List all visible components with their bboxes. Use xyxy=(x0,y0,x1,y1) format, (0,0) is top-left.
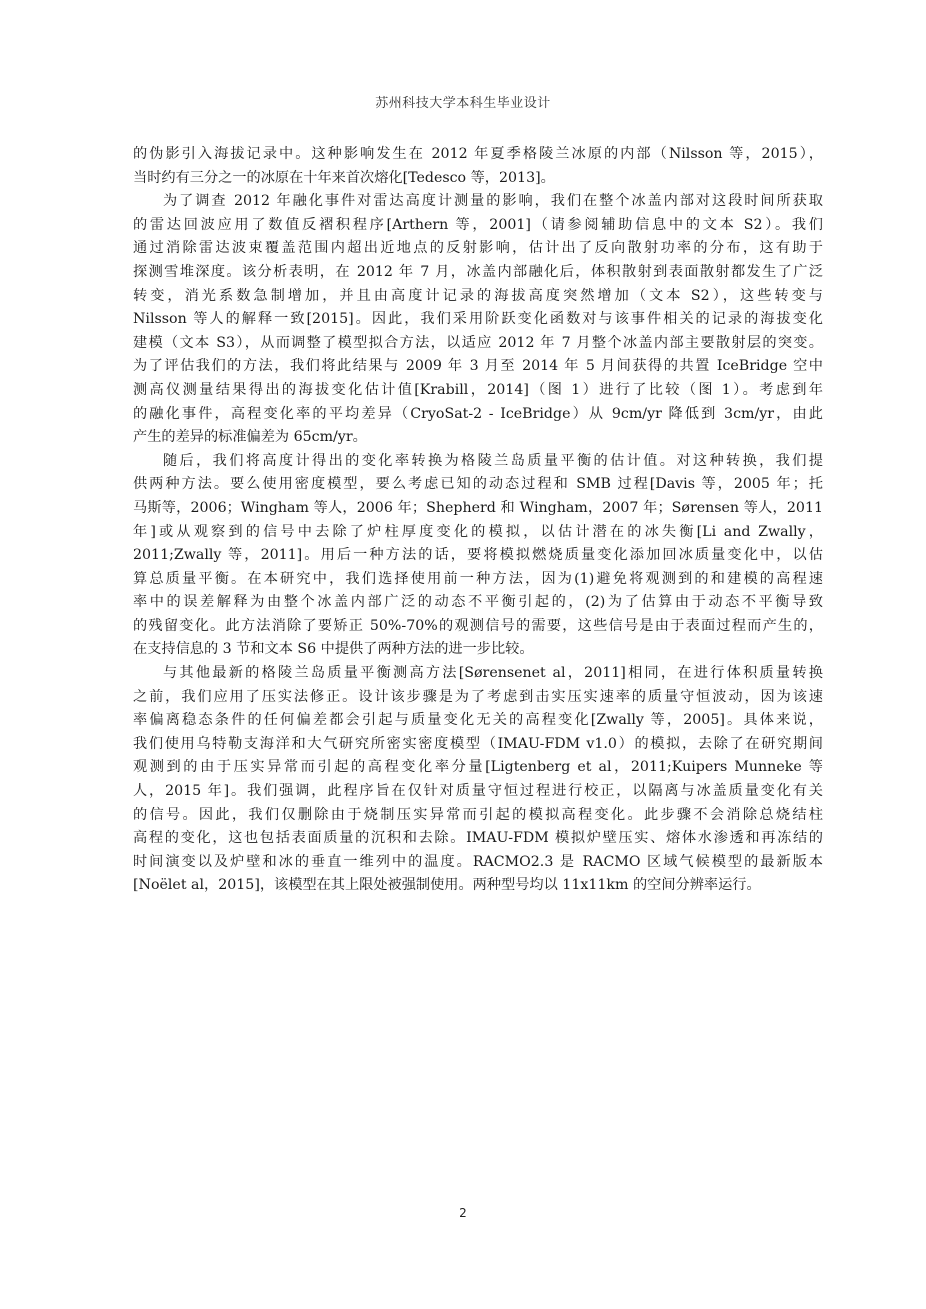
text-line: 的残留变化。此方法消除了要矫正 50%-70%的观测信号的需要，这些信号是由于表… xyxy=(133,615,823,639)
text-line: 建模（文本 S3），从而调整了模型拟合方法，以适应 2012 年 7 月整个冰盖… xyxy=(133,332,823,356)
paragraph: 为了调查 2012 年融化事件对雷达高度计测量的影响，我们在整个冰盖内部对这段时… xyxy=(133,190,823,450)
text-line: [Noëlet al，2015]，该模型在其上限处被强制使用。两种型号均以 11… xyxy=(133,874,823,898)
text-line: 测高仪测量结果得出的海拔变化估计值[Krabill，2014]（图 1）进行了比… xyxy=(133,379,823,403)
paragraph: 与其他最新的格陵兰岛质量平衡测高方法[Sørensenet al，2011]相同… xyxy=(133,662,823,898)
text-line: 为了评估我们的方法，我们将此结果与 2009 年 3 月至 2014 年 5 月… xyxy=(133,355,823,379)
text-line: 之前，我们应用了压实法修正。设计该步骤是为了考虑到击实压实速率的质量守恒波动，因… xyxy=(133,686,823,710)
text-line: 的伪影引入海拔记录中。这种影响发生在 2012 年夏季格陵兰冰原的内部（Nils… xyxy=(133,143,823,167)
document-body: 的伪影引入海拔记录中。这种影响发生在 2012 年夏季格陵兰冰原的内部（Nils… xyxy=(133,143,823,898)
text-line: 算总质量平衡。在本研究中，我们选择使用前一种方法，因为(1)避免将观测到的和建模… xyxy=(133,568,823,592)
text-line: 的雷达回波应用了数值反褶积程序[Arthern 等，2001]（请参阅辅助信息中… xyxy=(133,214,823,238)
text-line: 在支持信息的 3 节和文本 S6 中提供了两种方法的进一步比较。 xyxy=(133,638,823,662)
text-line: 时间演变以及炉壁和冰的垂直一维列中的温度。RACMO2.3 是 RACMO 区域… xyxy=(133,851,823,875)
text-line: 年]或从观察到的信号中去除了炉柱厚度变化的模拟，以估计潜在的冰失衡[Li and… xyxy=(133,521,823,545)
paragraph: 的伪影引入海拔记录中。这种影响发生在 2012 年夏季格陵兰冰原的内部（Nils… xyxy=(133,143,823,190)
paragraph: 随后，我们将高度计得出的变化率转换为格陵兰岛质量平衡的估计值。对这种转换，我们提… xyxy=(133,450,823,662)
text-line: 随后，我们将高度计得出的变化率转换为格陵兰岛质量平衡的估计值。对这种转换，我们提 xyxy=(133,450,823,474)
text-line: 高程的变化，这也包括表面质量的沉积和去除。IMAU-FDM 模拟炉壁压实、熔体水… xyxy=(133,827,823,851)
text-line: 转变，消光系数急制增加，并且由高度计记录的海拔高度突然增加（文本 S2），这些转… xyxy=(133,285,823,309)
text-line: 人，2015 年]。我们强调，此程序旨在仅针对质量守恒过程进行校正，以隔离与冰盖… xyxy=(133,780,823,804)
text-line: 率偏离稳态条件的任何偏差都会引起与质量变化无关的高程变化[Zwally 等，20… xyxy=(133,709,823,733)
text-line: 产生的差异的标准偏差为 65cm/yr。 xyxy=(133,426,823,450)
text-line: 观测到的由于压实异常而引起的高程变化率分量[Ligtenberg et al，2… xyxy=(133,756,823,780)
text-line: 的融化事件，高程变化率的平均差异（CryoSat-2 - IceBridge）从… xyxy=(133,403,823,427)
text-line: 当时约有三分之一的冰原在十年来首次熔化[Tedesco 等，2013]。 xyxy=(133,167,823,191)
text-line: 与其他最新的格陵兰岛质量平衡测高方法[Sørensenet al，2011]相同… xyxy=(133,662,823,686)
text-line: Nilsson 等人的解释一致[2015]。因此，我们采用阶跃变化函数对与该事件… xyxy=(133,308,823,332)
text-line: 我们使用乌特勒支海洋和大气研究所密实密度模型（IMAU-FDM v1.0）的模拟… xyxy=(133,733,823,757)
page-header: 苏州科技大学本科生毕业设计 xyxy=(0,92,926,111)
text-line: 2011;Zwally 等，2011]。用后一种方法的话，要将模拟燃烧质量变化添… xyxy=(133,544,823,568)
page-number: 2 xyxy=(0,1206,926,1220)
text-line: 供两种方法。要么使用密度模型，要么考虑已知的动态过程和 SMB 过程[Davis… xyxy=(133,473,823,497)
text-line: 通过消除雷达波束覆盖范围内超出近地点的反射影响，估计出了反向散射功率的分布，这有… xyxy=(133,237,823,261)
text-line: 的信号。因此，我们仅删除由于烧制压实异常而引起的模拟高程变化。此步骤不会消除总烧… xyxy=(133,804,823,828)
text-line: 为了调查 2012 年融化事件对雷达高度计测量的影响，我们在整个冰盖内部对这段时… xyxy=(133,190,823,214)
text-line: 率中的误差解释为由整个冰盖内部广泛的动态不平衡引起的，(2)为了估算由于动态不平… xyxy=(133,591,823,615)
text-line: 探测雪堆深度。该分析表明，在 2012 年 7 月，冰盖内部融化后，体积散射到表… xyxy=(133,261,823,285)
text-line: 马斯等，2006；Wingham 等人，2006 年；Shepherd 和 Wi… xyxy=(133,497,823,521)
